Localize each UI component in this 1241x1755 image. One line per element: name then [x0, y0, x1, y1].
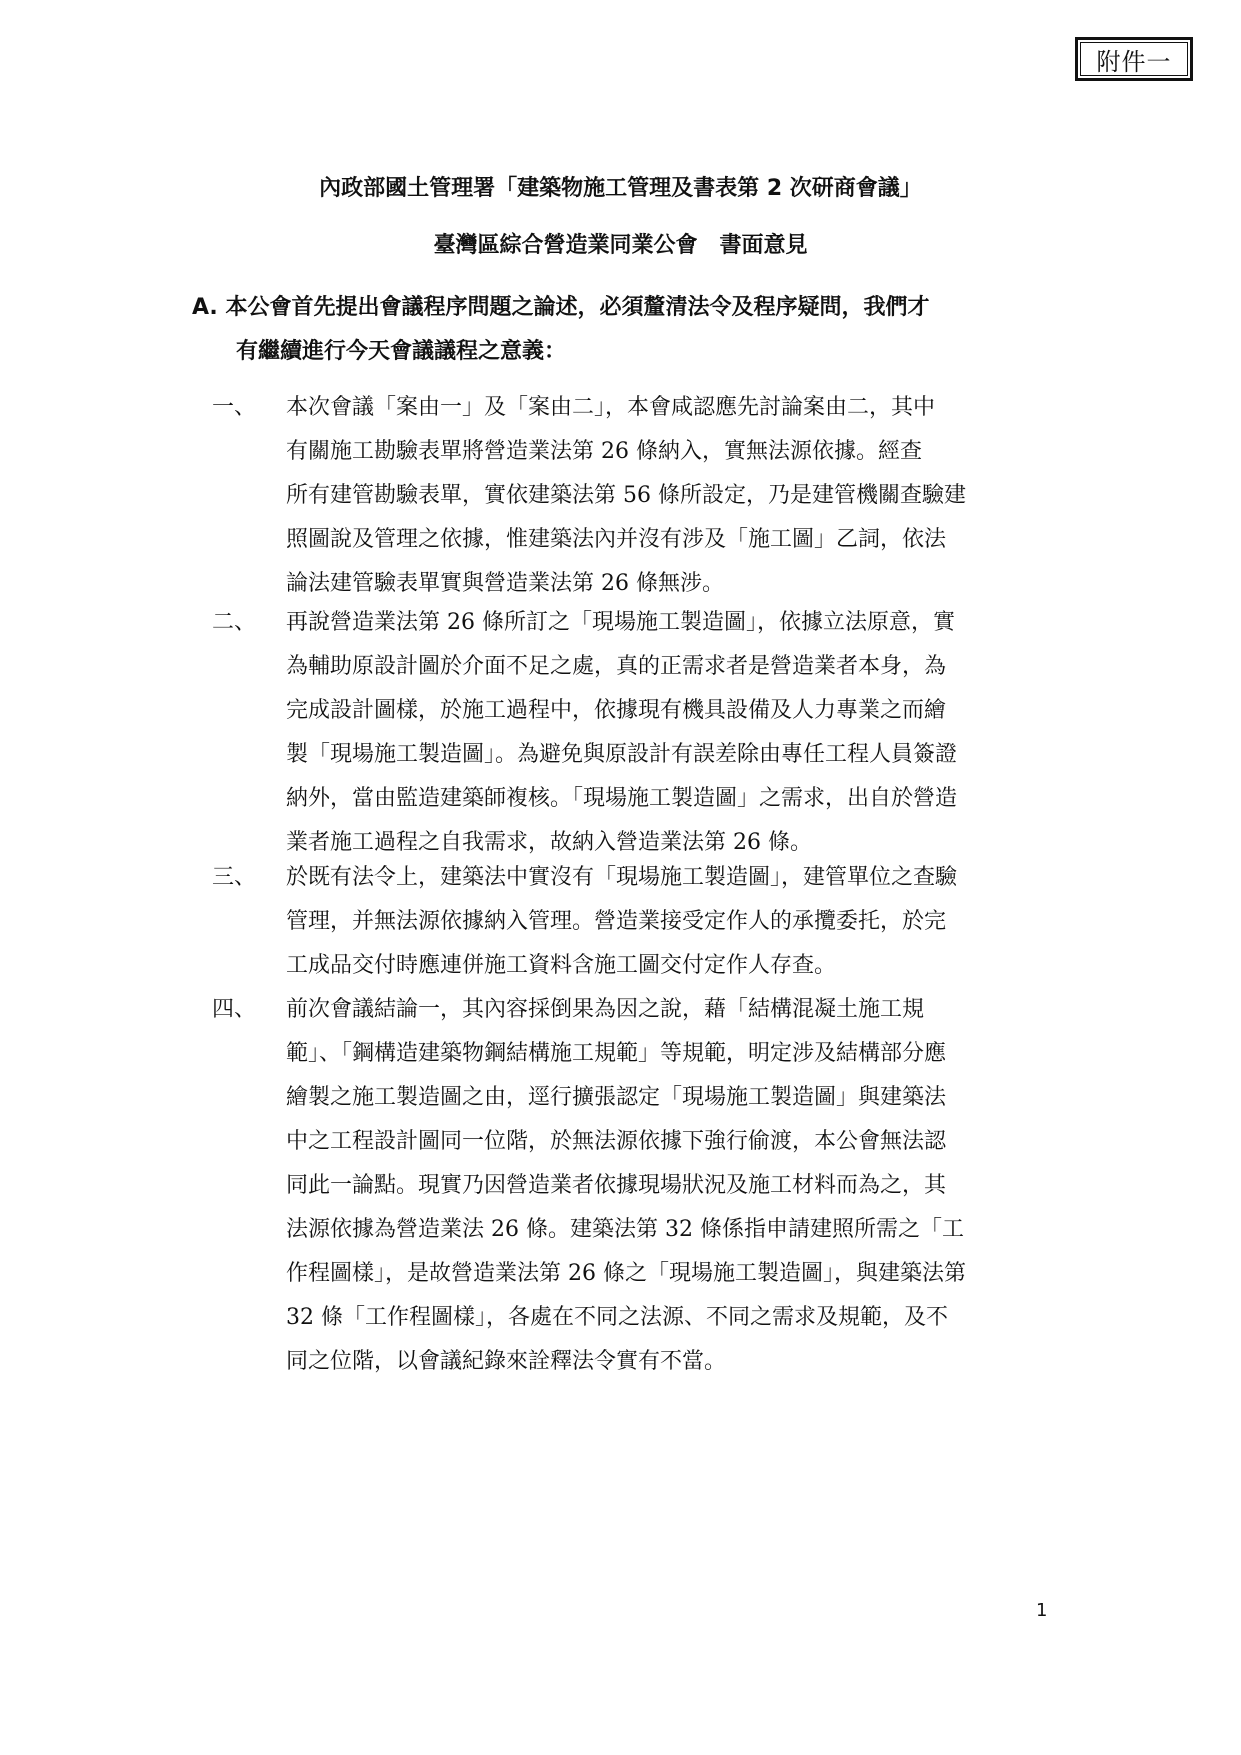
page-number: 1	[1036, 1600, 1047, 1621]
document-title: 內政部國土管理署「建築物施工管理及書表第 2 次研商會議」	[0, 171, 1241, 202]
item-number: 一、	[212, 386, 282, 430]
item-body: 於既有法令上，建築法中實沒有「現場施工製造圖」，建管單位之查驗 管理，并無法源依…	[286, 856, 1062, 988]
item-body: 前次會議結論一，其內容採倒果為因之說，藉「結構混凝土施工規 範」、「鋼構造建築物…	[286, 988, 1062, 1384]
item-line: 為輔助原設計圖於介面不足之處，真的正需求者是營造業者本身，為	[286, 645, 1062, 689]
item-line: 本次會議「案由一」及「案由二」，本會咸認應先討論案由二，其中	[286, 386, 1062, 430]
item-line: 作程圖樣」，是故營造業法第 26 條之「現場施工製造圖」，與建築法第	[286, 1252, 1062, 1296]
document-subtitle: 臺灣區綜合營造業同業公會 書面意見	[0, 228, 1241, 259]
attachment-label-box: 附件一	[1075, 37, 1193, 81]
list-item: 一、 本次會議「案由一」及「案由二」，本會咸認應先討論案由二，其中 有關施工勘驗…	[212, 386, 1062, 606]
item-line: 範」、「鋼構造建築物鋼結構施工規範」等規範，明定涉及結構部分應	[286, 1032, 1062, 1076]
section-a-line-2: 有繼續進行今天會議議程之意義：	[192, 330, 1052, 374]
list-item: 四、 前次會議結論一，其內容採倒果為因之說，藉「結構混凝土施工規 範」、「鋼構造…	[212, 988, 1062, 1384]
item-line: 32 條「工作程圖樣」，各處在不同之法源、不同之需求及規範，及不	[286, 1296, 1062, 1340]
item-line: 同此一論點。現實乃因營造業者依據現場狀況及施工材料而為之，其	[286, 1164, 1062, 1208]
item-line: 中之工程設計圖同一位階，於無法源依據下強行偷渡，本公會無法認	[286, 1120, 1062, 1164]
item-line: 同之位階，以會議紀錄來詮釋法令實有不當。	[286, 1340, 1062, 1384]
item-line: 管理，并無法源依據納入管理。營造業接受定作人的承攬委托，於完	[286, 900, 1062, 944]
attachment-label: 附件一	[1080, 42, 1188, 76]
item-line: 論法建管驗表單實與營造業法第 26 條無涉。	[286, 562, 1062, 606]
item-body: 本次會議「案由一」及「案由二」，本會咸認應先討論案由二，其中 有關施工勘驗表單將…	[286, 386, 1062, 606]
item-line: 製「現場施工製造圖」。為避免與原設計有誤差除由專任工程人員簽證	[286, 733, 1062, 777]
section-a-heading: A. 本公會首先提出會議程序問題之論述，必須釐清法令及程序疑問，我們才 有繼續進…	[192, 286, 1052, 374]
item-body: 再說營造業法第 26 條所訂之「現場施工製造圖」，依據立法原意，實 為輔助原設計…	[286, 601, 1062, 865]
item-line: 有關施工勘驗表單將營造業法第 26 條納入，實無法源依據。經查	[286, 430, 1062, 474]
item-number: 二、	[212, 601, 282, 645]
item-line: 工成品交付時應連併施工資料含施工圖交付定作人存查。	[286, 944, 1062, 988]
item-number: 三、	[212, 856, 282, 900]
item-line: 所有建管勘驗表單，實依建築法第 56 條所設定，乃是建管機關查驗建	[286, 474, 1062, 518]
list-item: 三、 於既有法令上，建築法中實沒有「現場施工製造圖」，建管單位之查驗 管理，并無…	[212, 856, 1062, 988]
item-line: 前次會議結論一，其內容採倒果為因之說，藉「結構混凝土施工規	[286, 988, 1062, 1032]
list-item: 二、 再說營造業法第 26 條所訂之「現場施工製造圖」，依據立法原意，實 為輔助…	[212, 601, 1062, 865]
item-number: 四、	[212, 988, 282, 1032]
item-line: 納外，當由監造建築師複核。「現場施工製造圖」之需求，出自於營造	[286, 777, 1062, 821]
item-line: 照圖說及管理之依據，惟建築法內并沒有涉及「施工圖」乙詞，依法	[286, 518, 1062, 562]
item-line: 再說營造業法第 26 條所訂之「現場施工製造圖」，依據立法原意，實	[286, 601, 1062, 645]
item-line: 繪製之施工製造圖之由，逕行擴張認定「現場施工製造圖」與建築法	[286, 1076, 1062, 1120]
item-line: 於既有法令上，建築法中實沒有「現場施工製造圖」，建管單位之查驗	[286, 856, 1062, 900]
item-line: 法源依據為營造業法 26 條。建築法第 32 條係指申請建照所需之「工	[286, 1208, 1062, 1252]
section-a-line-1: A. 本公會首先提出會議程序問題之論述，必須釐清法令及程序疑問，我們才	[192, 295, 929, 320]
item-line: 完成設計圖樣，於施工過程中，依據現有機具設備及人力專業之而繪	[286, 689, 1062, 733]
